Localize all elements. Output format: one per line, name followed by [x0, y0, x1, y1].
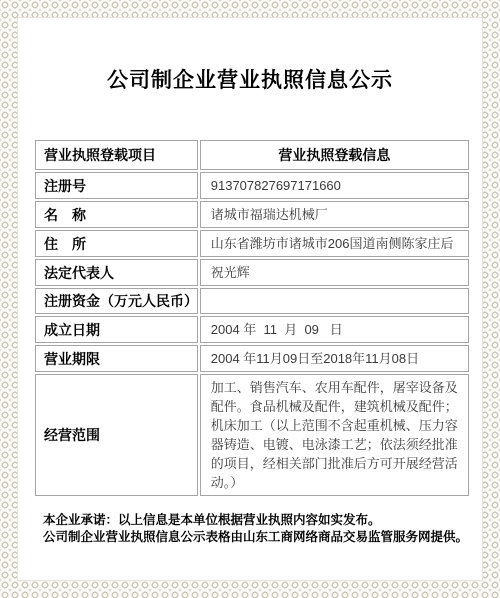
header-item: 营业执照登载项目 [35, 140, 198, 170]
field-label: 成立日期 [35, 316, 198, 343]
field-value: 山东省潍坊市诸城市206国道南侧陈家庄后 [200, 230, 469, 257]
field-label: 法定代表人 [35, 259, 198, 286]
table-row-legal-representative: 法定代表人 祝光辉 [35, 259, 469, 286]
table-header-row: 营业执照登载项目 营业执照登载信息 [35, 140, 469, 170]
table-row-registration-number: 注册号 913707827697171660 [35, 172, 469, 199]
footer-promise-line: 本企业承诺：以上信息是本单位根据营业执照内容如实发布。 [43, 512, 470, 529]
field-value: 诸城市福瑞达机械厂 [200, 201, 469, 228]
footer-statement: 本企业承诺：以上信息是本单位根据营业执照内容如实发布。 公司制企业营业执照信息公… [43, 512, 470, 546]
field-label: 经营范围 [35, 374, 198, 496]
table-row-address: 住 所 山东省潍坊市诸城市206国道南侧陈家庄后 [35, 230, 469, 257]
field-value [200, 288, 469, 314]
field-label: 营业期限 [35, 345, 198, 372]
field-value: 2004 年11月09日至2018年11月08日 [200, 345, 469, 372]
field-label: 注册资金（万元人民币） [35, 288, 198, 314]
license-table: 营业执照登载项目 营业执照登载信息 注册号 913707827697171660… [33, 138, 471, 498]
footer-provider-line: 公司制企业营业执照信息公示表格由山东工商网络商品交易监管服务网提供。 [43, 529, 470, 546]
field-value: 2004 年 11 月 09 日 [200, 316, 469, 343]
field-label: 名 称 [35, 201, 198, 228]
field-value: 祝光辉 [200, 259, 469, 286]
page-title: 公司制企业营业执照信息公示 [18, 64, 482, 94]
header-info: 营业执照登载信息 [200, 140, 469, 170]
field-value: 913707827697171660 [200, 172, 469, 199]
field-label: 注册号 [35, 172, 198, 199]
table-row-business-scope: 经营范围 加工、销售汽车、农用车配件，屠宰设备及配件。食品机械及配件，建筑机械及… [35, 374, 469, 496]
field-label: 住 所 [35, 230, 198, 257]
document-content: 公司制企业营业执照信息公示 营业执照登载项目 营业执照登载信息 注册号 9137… [17, 17, 483, 581]
ornamental-border-frame: 公司制企业营业执照信息公示 营业执照登载项目 营业执照登载信息 注册号 9137… [0, 0, 500, 598]
field-value: 加工、销售汽车、农用车配件，屠宰设备及配件。食品机械及配件，建筑机械及配件；机床… [200, 374, 469, 496]
table-row-company-name: 名 称 诸城市福瑞达机械厂 [35, 201, 469, 228]
table-row-registered-capital: 注册资金（万元人民币） [35, 288, 469, 314]
table-row-establish-date: 成立日期 2004 年 11 月 09 日 [35, 316, 469, 343]
table-row-business-term: 营业期限 2004 年11月09日至2018年11月08日 [35, 345, 469, 372]
